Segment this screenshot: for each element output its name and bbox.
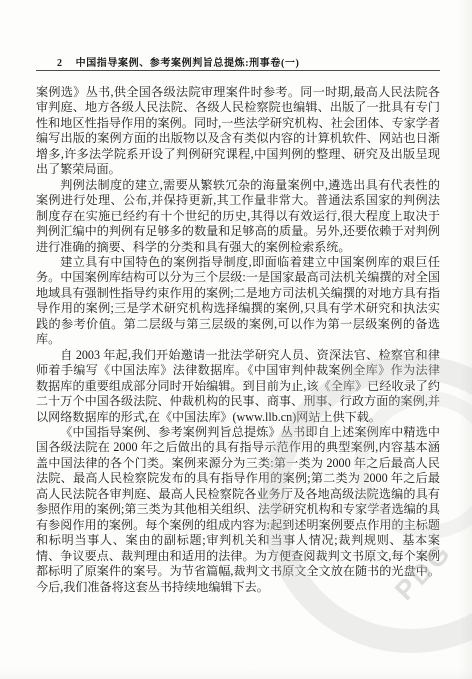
running-title: 中国指导案例、参考案例判旨总提炼:刑事卷(一) (76, 54, 300, 69)
paragraph: 建立具有中国特色的案例指导制度,即面临着建立中国案例库的艰巨任务。中国案例库结构… (36, 255, 440, 348)
paragraph: 案例选》丛书,供全国各级法院审理案件时参考。同一时期,最高人民法院各审判庭、地方… (36, 85, 440, 178)
scanned-book-page: 2 中国指导案例、参考案例判旨总提炼:刑事卷(一) 案例选》丛书,供全国各级法院… (0, 0, 472, 679)
page-number: 2 (57, 58, 63, 69)
page-header: 2 中国指导案例、参考案例判旨总提炼:刑事卷(一) (57, 54, 438, 69)
header-rule (36, 70, 440, 71)
paragraph: 判例法制度的建立,需要从繁轶冗杂的海量案例中,遴选出具有代表性的案例进行处理、公… (36, 178, 440, 255)
